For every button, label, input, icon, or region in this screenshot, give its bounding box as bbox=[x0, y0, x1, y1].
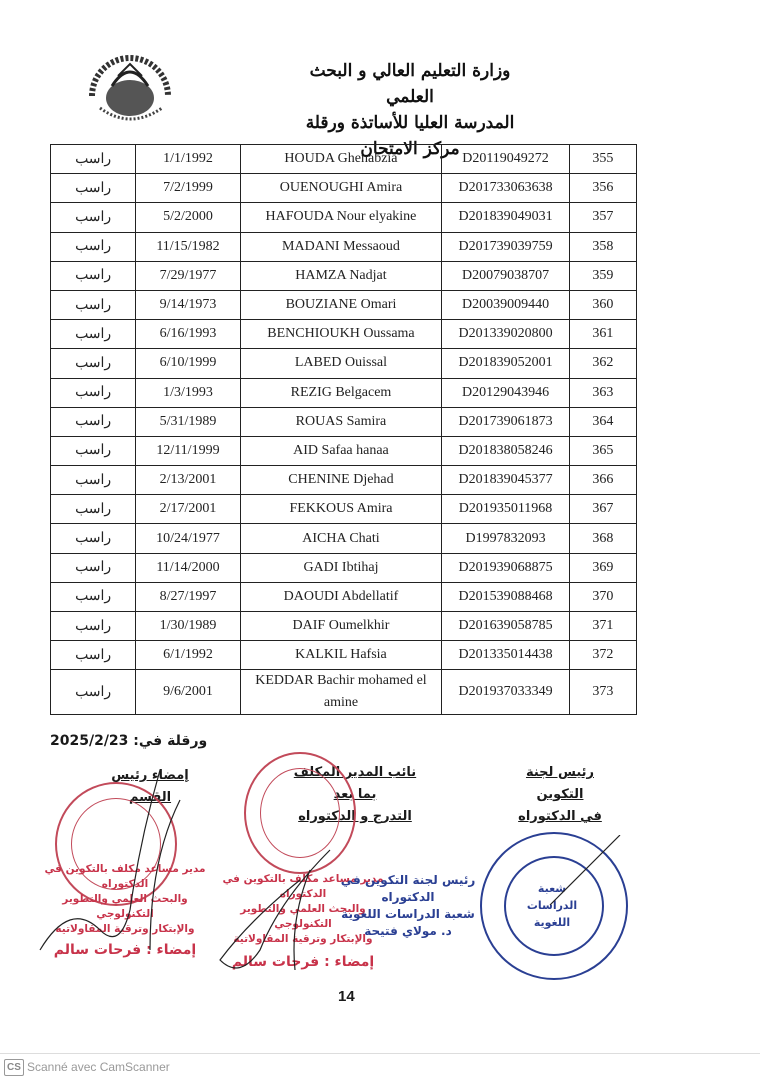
registration-id-cell: D20079038707 bbox=[442, 261, 569, 290]
name-cell: HOUDA Ghenabzia bbox=[240, 145, 442, 174]
birthdate-cell: 2/13/2001 bbox=[136, 466, 240, 495]
row-number-cell: 359 bbox=[569, 261, 636, 290]
name-cell: CHENINE Djehad bbox=[240, 466, 442, 495]
registration-id-cell: D201739061873 bbox=[442, 407, 569, 436]
committee-head-line2: في الدكتوراه bbox=[505, 806, 615, 828]
committee-head-line1: رئيس لجنة التكوين bbox=[505, 762, 615, 806]
name-cell: AICHA Chati bbox=[240, 524, 442, 553]
table-row: راسب2/17/2001FEKKOUS AmiraD2019350119683… bbox=[51, 495, 637, 524]
table-row: راسب9/6/2001KEDDAR Bachir mohamed el ami… bbox=[51, 670, 637, 715]
table-row: راسب9/14/1973BOUZIANE OmariD200390094403… bbox=[51, 290, 637, 319]
row-number-cell: 365 bbox=[569, 436, 636, 465]
status-cell: راسب bbox=[51, 670, 136, 715]
committee-caption-line1: رئيس لجنة التكوين في الدكتوراه bbox=[318, 872, 498, 906]
status-cell: راسب bbox=[51, 553, 136, 582]
row-number-cell: 371 bbox=[569, 612, 636, 641]
registration-id-cell: D201339020800 bbox=[442, 320, 569, 349]
name-cell: DAIF Oumelkhir bbox=[240, 612, 442, 641]
row-number-cell: 362 bbox=[569, 349, 636, 378]
status-cell: راسب bbox=[51, 349, 136, 378]
status-cell: راسب bbox=[51, 174, 136, 203]
row-number-cell: 360 bbox=[569, 290, 636, 319]
school-emblem-icon bbox=[78, 46, 182, 130]
row-number-cell: 363 bbox=[569, 378, 636, 407]
row-number-cell: 368 bbox=[569, 524, 636, 553]
registration-id-cell: D20119049272 bbox=[442, 145, 569, 174]
row-number-cell: 369 bbox=[569, 553, 636, 582]
status-cell: راسب bbox=[51, 495, 136, 524]
status-cell: راسب bbox=[51, 203, 136, 232]
table-row: راسب7/2/1999OUENOUGHI AmiraD201733063638… bbox=[51, 174, 637, 203]
registration-id-cell: D201839052001 bbox=[442, 349, 569, 378]
registration-id-cell: D201937033349 bbox=[442, 670, 569, 715]
name-cell: MADANI Messaoud bbox=[240, 232, 442, 261]
status-cell: راسب bbox=[51, 320, 136, 349]
registration-id-cell: D201733063638 bbox=[442, 174, 569, 203]
name-cell: HAMZA Nadjat bbox=[240, 261, 442, 290]
table-row: راسب11/15/1982MADANI MessaoudD2017390397… bbox=[51, 232, 637, 261]
place-date: ورقلة في: 2025/2/23 bbox=[50, 733, 207, 749]
row-number-cell: 364 bbox=[569, 407, 636, 436]
registration-id-cell: D201839049031 bbox=[442, 203, 569, 232]
table-row: راسب12/11/1999AID Safaa hanaaD2018380582… bbox=[51, 436, 637, 465]
row-number-cell: 370 bbox=[569, 582, 636, 611]
registration-id-cell: D201335014438 bbox=[442, 641, 569, 670]
status-cell: راسب bbox=[51, 641, 136, 670]
status-cell: راسب bbox=[51, 407, 136, 436]
status-cell: راسب bbox=[51, 232, 136, 261]
registration-id-cell: D201839045377 bbox=[442, 466, 569, 495]
birthdate-cell: 11/15/1982 bbox=[136, 232, 240, 261]
results-table: راسب1/1/1992HOUDA GhenabziaD201190492723… bbox=[50, 144, 637, 715]
birthdate-cell: 1/1/1992 bbox=[136, 145, 240, 174]
registration-id-cell: D201838058246 bbox=[442, 436, 569, 465]
table-row: راسب1/3/1993REZIG BelgacemD2012904394636… bbox=[51, 378, 637, 407]
birthdate-cell: 1/3/1993 bbox=[136, 378, 240, 407]
table-row: راسب8/27/1997DAOUDI AbdellatifD201539088… bbox=[51, 582, 637, 611]
row-number-cell: 358 bbox=[569, 232, 636, 261]
row-number-cell: 361 bbox=[569, 320, 636, 349]
row-number-cell: 373 bbox=[569, 670, 636, 715]
registration-id-cell: D201939068875 bbox=[442, 553, 569, 582]
name-cell: DAOUDI Abdellatif bbox=[240, 582, 442, 611]
table-row: راسب11/14/2000GADI IbtihajD2019390688753… bbox=[51, 553, 637, 582]
birthdate-cell: 11/14/2000 bbox=[136, 553, 240, 582]
status-cell: راسب bbox=[51, 290, 136, 319]
name-cell: OUENOUGHI Amira bbox=[240, 174, 442, 203]
table-row: راسب5/31/1989ROUAS SamiraD20173906187336… bbox=[51, 407, 637, 436]
birthdate-cell: 8/27/1997 bbox=[136, 582, 240, 611]
status-cell: راسب bbox=[51, 582, 136, 611]
registration-id-cell: D201739039759 bbox=[442, 232, 569, 261]
name-cell: HAFOUDA Nour elyakine bbox=[240, 203, 442, 232]
ministry-title: وزارة التعليم العالي و البحث العلمي bbox=[290, 58, 530, 110]
table-row: راسب6/10/1999LABED OuissalD2018390520013… bbox=[51, 349, 637, 378]
row-number-cell: 372 bbox=[569, 641, 636, 670]
table-row: راسب10/24/1977AICHA ChatiD1997832093368 bbox=[51, 524, 637, 553]
name-cell: KALKIL Hafsia bbox=[240, 641, 442, 670]
birthdate-cell: 7/29/1977 bbox=[136, 261, 240, 290]
status-cell: راسب bbox=[51, 466, 136, 495]
committee-head-caption: رئيس لجنة التكوين في الدكتوراه شعبة الدر… bbox=[318, 872, 498, 940]
status-cell: راسب bbox=[51, 261, 136, 290]
birthdate-cell: 6/16/1993 bbox=[136, 320, 240, 349]
status-cell: راسب bbox=[51, 436, 136, 465]
status-cell: راسب bbox=[51, 145, 136, 174]
table-row: راسب1/30/1989DAIF OumelkhirD201639058785… bbox=[51, 612, 637, 641]
registration-id-cell: D201935011968 bbox=[442, 495, 569, 524]
name-cell: ROUAS Samira bbox=[240, 407, 442, 436]
birthdate-cell: 5/31/1989 bbox=[136, 407, 240, 436]
registration-id-cell: D201639058785 bbox=[442, 612, 569, 641]
status-cell: راسب bbox=[51, 378, 136, 407]
camscanner-label: Scanné avec CamScanner bbox=[27, 1060, 170, 1074]
birthdate-cell: 1/30/1989 bbox=[136, 612, 240, 641]
row-number-cell: 366 bbox=[569, 466, 636, 495]
name-cell: BENCHIOUKH Oussama bbox=[240, 320, 442, 349]
birthdate-cell: 10/24/1977 bbox=[136, 524, 240, 553]
table-row: راسب7/29/1977HAMZA NadjatD20079038707359 bbox=[51, 261, 637, 290]
birthdate-cell: 5/2/2000 bbox=[136, 203, 240, 232]
camscanner-logo-icon: CS bbox=[4, 1059, 24, 1076]
signature-scribble-right bbox=[520, 835, 640, 915]
row-number-cell: 356 bbox=[569, 174, 636, 203]
school-title: المدرسة العليا للأساتذة ورقلة bbox=[290, 110, 530, 136]
table-row: راسب2/13/2001CHENINE DjehadD201839045377… bbox=[51, 466, 637, 495]
table-row: راسب5/2/2000HAFOUDA Nour elyakineD201839… bbox=[51, 203, 637, 232]
signature-scribble-center bbox=[180, 840, 340, 980]
row-number-cell: 367 bbox=[569, 495, 636, 524]
birthdate-cell: 12/11/1999 bbox=[136, 436, 240, 465]
committee-caption-line3: د. مولاي فتيحة bbox=[318, 923, 498, 940]
name-cell: FEKKOUS Amira bbox=[240, 495, 442, 524]
birthdate-cell: 7/2/1999 bbox=[136, 174, 240, 203]
registration-id-cell: D1997832093 bbox=[442, 524, 569, 553]
table-row: راسب6/1/1992KALKIL HafsiaD20133501443837… bbox=[51, 641, 637, 670]
registration-id-cell: D201539088468 bbox=[442, 582, 569, 611]
table-row: راسب6/16/1993BENCHIOUKH OussamaD20133902… bbox=[51, 320, 637, 349]
status-cell: راسب bbox=[51, 524, 136, 553]
page-number: 14 bbox=[338, 988, 355, 1005]
birthdate-cell: 9/14/1973 bbox=[136, 290, 240, 319]
committee-caption-line2: شعبة الدراسات اللغوية bbox=[318, 906, 498, 923]
status-cell: راسب bbox=[51, 612, 136, 641]
committee-head-signature-title: رئيس لجنة التكوين في الدكتوراه bbox=[505, 762, 615, 828]
birthdate-cell: 2/17/2001 bbox=[136, 495, 240, 524]
birthdate-cell: 6/10/1999 bbox=[136, 349, 240, 378]
scanner-watermark-bar: CS Scanné avec CamScanner bbox=[0, 1053, 760, 1080]
birthdate-cell: 9/6/2001 bbox=[136, 670, 240, 715]
name-cell: KEDDAR Bachir mohamed el amine bbox=[240, 670, 442, 715]
row-number-cell: 357 bbox=[569, 203, 636, 232]
name-cell: GADI Ibtihaj bbox=[240, 553, 442, 582]
name-cell: REZIG Belgacem bbox=[240, 378, 442, 407]
name-cell: LABED Ouissal bbox=[240, 349, 442, 378]
table-row: راسب1/1/1992HOUDA GhenabziaD201190492723… bbox=[51, 145, 637, 174]
name-cell: BOUZIANE Omari bbox=[240, 290, 442, 319]
name-cell: AID Safaa hanaa bbox=[240, 436, 442, 465]
registration-id-cell: D20129043946 bbox=[442, 378, 569, 407]
row-number-cell: 355 bbox=[569, 145, 636, 174]
birthdate-cell: 6/1/1992 bbox=[136, 641, 240, 670]
registration-id-cell: D20039009440 bbox=[442, 290, 569, 319]
